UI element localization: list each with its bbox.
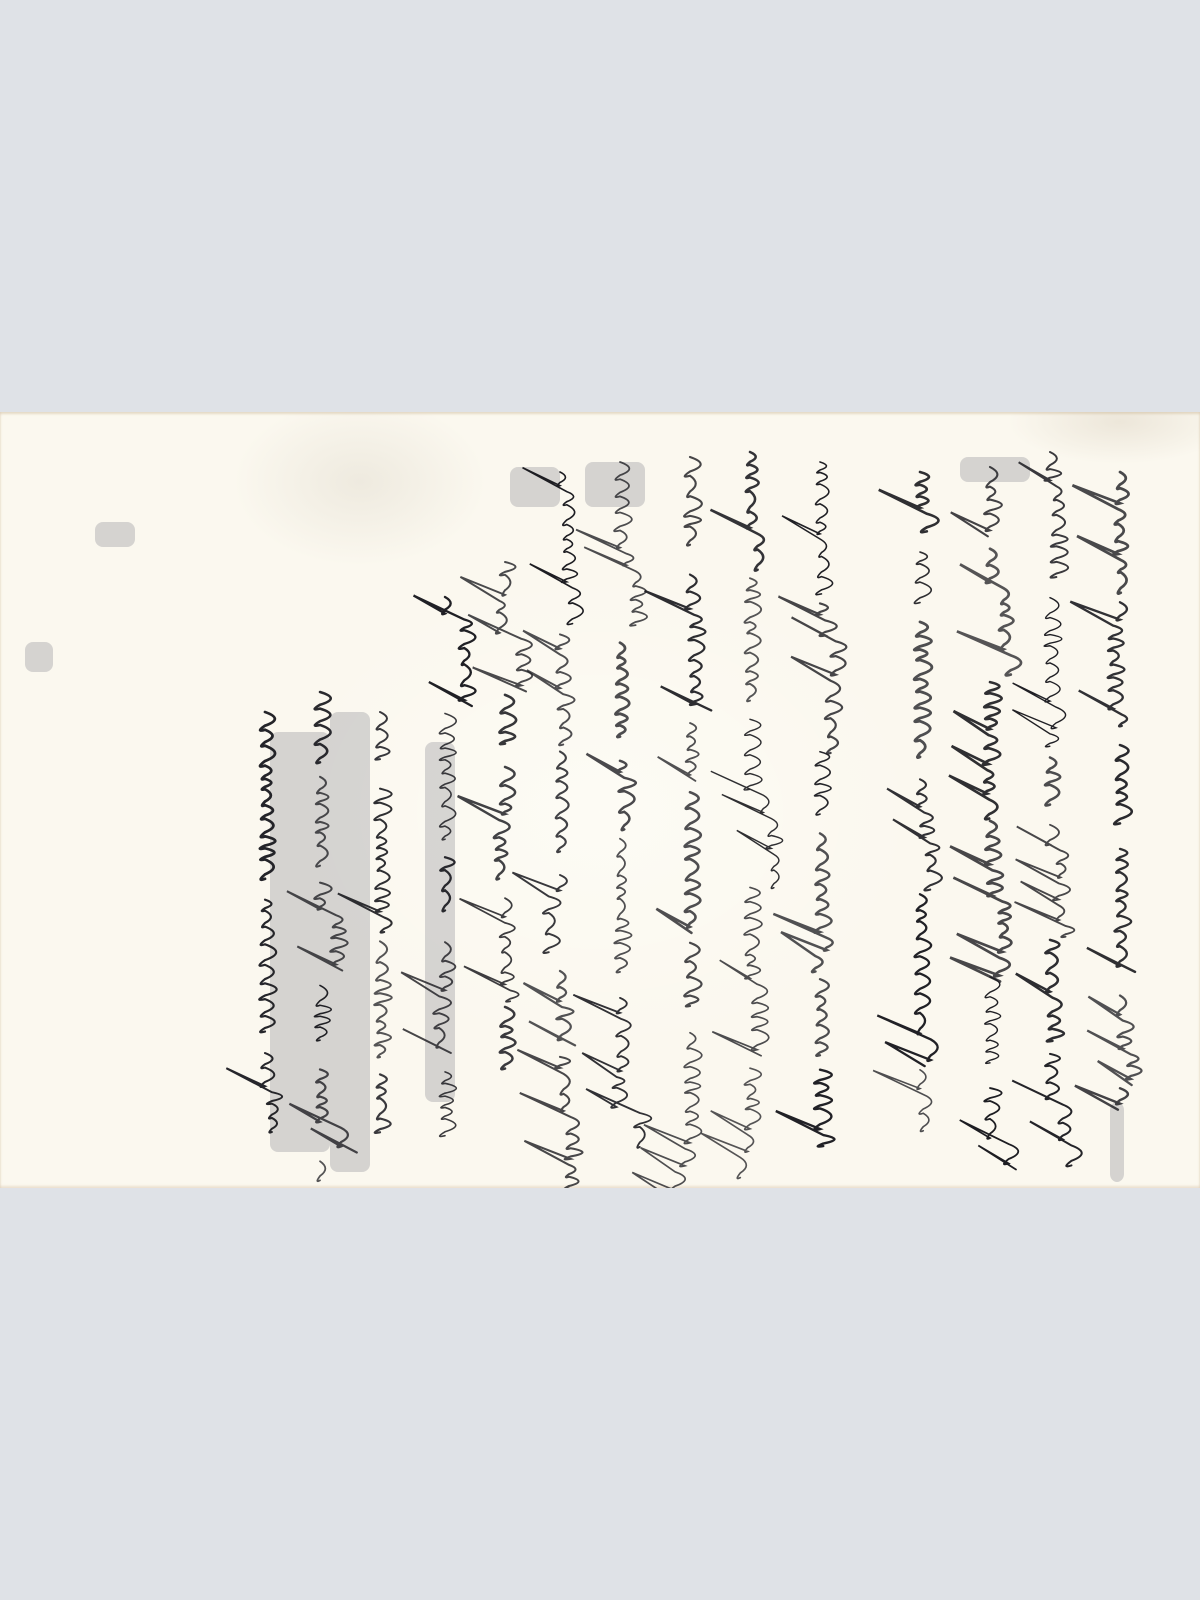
handwriting-line: [949, 467, 1021, 1169]
ink-smear: [95, 522, 135, 547]
ink-smear: [1110, 1102, 1124, 1182]
ink-smear: [270, 732, 330, 1152]
handwriting-line: [512, 468, 583, 1188]
ink-smear: [25, 642, 53, 672]
handwriting-line: [632, 457, 711, 1188]
handwriting-strokes: [0, 412, 1200, 1188]
handwriting-layer: [0, 412, 1200, 1188]
handwriting-line: [1012, 452, 1082, 1166]
ink-smear: [330, 712, 370, 1172]
handwriting-line: [573, 462, 651, 1148]
handwriting-line: [873, 472, 942, 1131]
ink-smear: [585, 462, 645, 507]
handwriting-line: [1070, 472, 1141, 1110]
handwriting-line: [458, 562, 533, 1069]
handwriting-line: [773, 462, 846, 1147]
handwriting-line: [701, 452, 782, 1179]
postcard: Handwriting not legibly transcribable: [0, 412, 1200, 1188]
